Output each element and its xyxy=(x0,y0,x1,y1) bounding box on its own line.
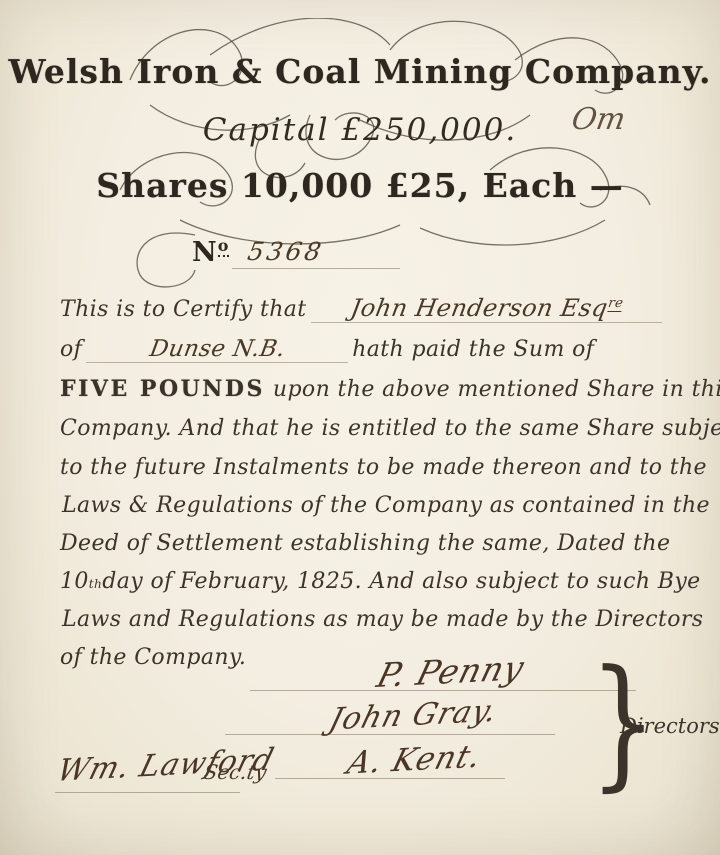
body-line-9: Laws and Regulations as may be made by t… xyxy=(62,607,668,641)
certificate-page: Welsh Iron & Coal Mining Company. Capita… xyxy=(0,0,720,855)
holder-place-fill: Dunse N.B. xyxy=(86,336,348,363)
directors-label: Directors. xyxy=(620,714,720,738)
certify-pre-text: This is to Certify that xyxy=(60,297,307,322)
body-line-4: Company. And that he is entitled to the … xyxy=(60,416,666,450)
body-line-8: 10th day of February, 1825. And also sub… xyxy=(60,569,666,603)
serial-number-value: 5368 xyxy=(245,237,326,266)
body-line-place: of Dunse N.B. hath paid the Sum of xyxy=(60,336,666,370)
director-signature-3: A. Kent. xyxy=(343,738,486,782)
body-line-5: to the future Instalments to be made the… xyxy=(60,455,666,489)
date-ordinal: th xyxy=(89,577,102,591)
line8-rest: day of February, 1825. And also subject … xyxy=(102,569,700,594)
shares-line: Shares 10,000 £25, Each — xyxy=(0,166,720,205)
body-line-7: Deed of Settlement establishing the same… xyxy=(60,531,666,565)
holder-place: Dunse N.B. xyxy=(147,336,287,362)
serial-number-label: No xyxy=(192,236,229,268)
after-place-text: hath paid the Sum of xyxy=(352,337,594,362)
date-day: 10 xyxy=(60,569,89,594)
secretary-label: Sec.ty xyxy=(202,760,269,784)
company-name: Welsh Iron & Coal Mining Company. xyxy=(0,52,720,91)
body-line-amount: FIVE POUNDS upon the above mentioned Sha… xyxy=(60,376,666,410)
red-pencil-mark: Om xyxy=(569,102,628,137)
holder-name-fill: John Henderson Esqre xyxy=(311,294,662,323)
body-line-certify: This is to Certify that John Henderson E… xyxy=(60,294,666,328)
director-signature-1: P. Penny xyxy=(373,648,529,695)
of-label: of xyxy=(60,337,82,362)
after-amount-text: upon the above mentioned Share in this xyxy=(273,377,720,402)
amount-five-pounds: FIVE POUNDS xyxy=(60,376,265,402)
body-line-6: Laws & Regulations of the Company as con… xyxy=(62,493,668,527)
holder-name: John Henderson Esqre xyxy=(348,294,624,322)
